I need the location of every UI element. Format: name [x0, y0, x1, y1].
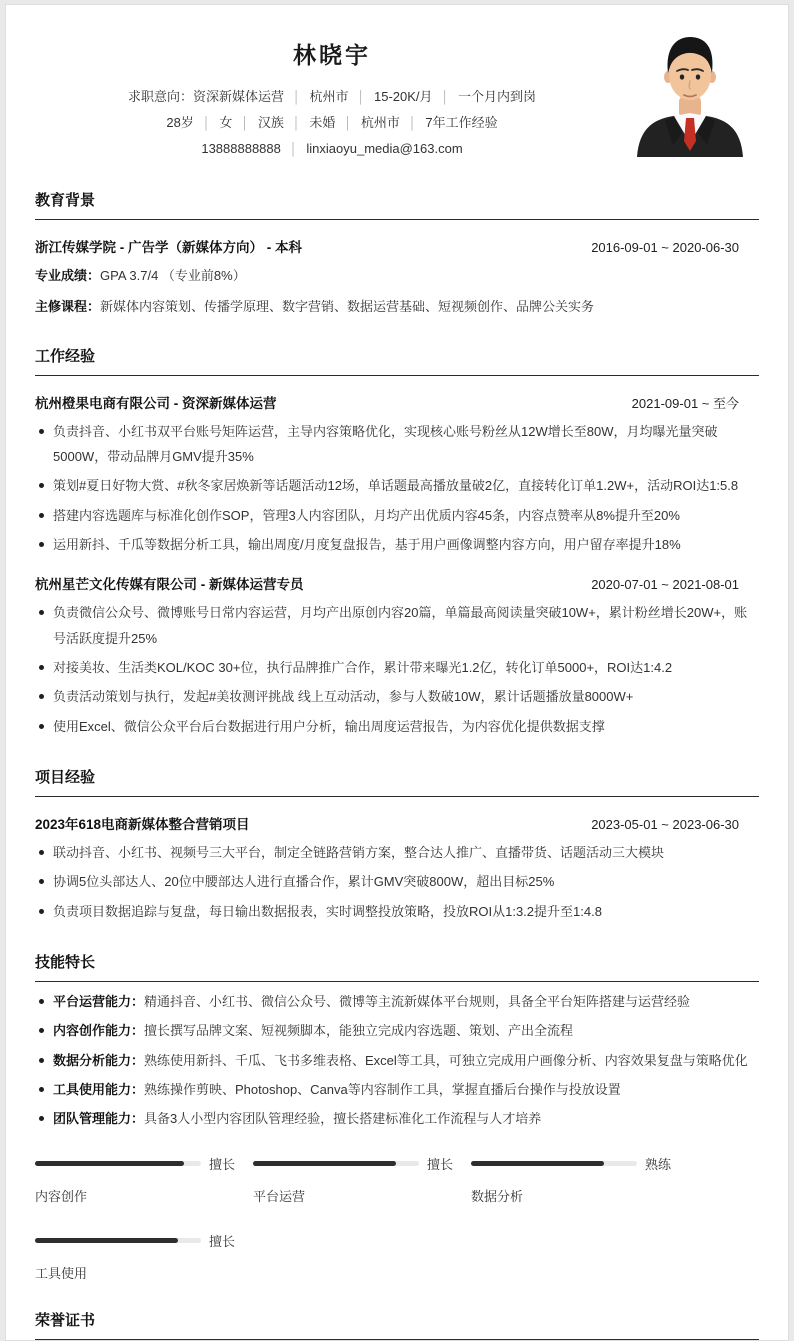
- section-honors: 荣誉证书: [35, 1309, 759, 1340]
- skill-bar-row: 擅长: [35, 1231, 253, 1250]
- bullet-item: 搭建内容选题库与标准化创作SOP，管理3人内容团队，月均产出优质内容45条，内容…: [35, 503, 759, 528]
- separator-bar: │: [293, 90, 301, 104]
- salary-expectation: 15-20K/月: [374, 89, 433, 104]
- ethnicity: 汉族: [258, 115, 284, 130]
- section-title: 工作经验: [35, 345, 759, 376]
- skill-text: 熟练使用新抖、千瓜、飞书多维表格、Excel等工具，可独立完成用户画像分析、内容…: [144, 1053, 748, 1068]
- profile-photo: [629, 29, 751, 157]
- header-text-block: 林晓宇 求职意向：资深新媒体运营│杭州市│15-20K/月│一个月内到岗 28岁…: [35, 29, 629, 162]
- skill-level-label: 熟练: [645, 1154, 671, 1173]
- skill-text: 精通抖音、小红书、微信公众号、微博等主流新媒体平台规则，具备全平台矩阵搭建与运营…: [144, 994, 690, 1009]
- work-entry-heading: 杭州星芒文化传媒有限公司 - 新媒体运营专员 2020-07-01 ~ 2021…: [35, 573, 759, 593]
- job-intention: 求职意向：资深新媒体运营: [128, 89, 284, 104]
- skill-label: 数据分析能力：: [53, 1053, 144, 1068]
- skill-label: 平台运营能力：: [53, 994, 144, 1009]
- resume-header: 林晓宇 求职意向：资深新媒体运营│杭州市│15-20K/月│一个月内到岗 28岁…: [35, 29, 759, 162]
- bullet-item: 对接美妆、生活类KOL/KOC 30+位，执行品牌推广合作，累计带来曝光1.2亿…: [35, 655, 759, 680]
- school-and-degree: 浙江传媒学院 - 广告学（新媒体方向） - 本科: [35, 236, 302, 256]
- page-background: { "header": { "name": "林晓宇", "separator"…: [0, 4, 794, 1341]
- skill-bar-fill: [35, 1161, 184, 1166]
- bullet-item: 运用新抖、千瓜等数据分析工具，输出周度/月度复盘报告，基于用户画像调整内容方向，…: [35, 532, 759, 557]
- marital-status: 未婚: [309, 115, 335, 130]
- project-entry-heading: 2023年618电商新媒体整合营销项目 2023-05-01 ~ 2023-06…: [35, 813, 759, 833]
- bullet-item: 负责项目数据追踪与复盘，每日输出数据报表，实时调整投放策略，投放ROI从1:3.…: [35, 899, 759, 924]
- skill-bar-track: [35, 1161, 201, 1166]
- work-entry: 杭州星芒文化传媒有限公司 - 新媒体运营专员 2020-07-01 ~ 2021…: [35, 573, 759, 739]
- age: 28岁: [166, 115, 193, 130]
- company-and-role: 杭州橙果电商有限公司 - 资深新媒体运营: [35, 392, 277, 412]
- section-project: 项目经验 2023年618电商新媒体整合营销项目 2023-05-01 ~ 20…: [35, 766, 759, 924]
- skill-bar-row: 擅长: [253, 1154, 471, 1173]
- work-entry-heading: 杭州橙果电商有限公司 - 资深新媒体运营 2021-09-01 ~ 至今: [35, 392, 759, 412]
- gpa-value: GPA 3.7/4 （专业前8%）: [100, 268, 246, 283]
- skill-bar-track: [471, 1161, 637, 1166]
- profile-photo-illustration: [629, 29, 751, 157]
- personal-info-line: 28岁│女│汉族│未婚│杭州市│7年工作经验: [35, 110, 629, 136]
- work-bullet-list: 负责微信公众号、微博账号日常内容运营，月均产出原创内容20篇，单篇最高阅读量突破…: [35, 600, 759, 739]
- section-education: 教育背景 浙江传媒学院 - 广告学（新媒体方向） - 本科 2016-09-01…: [35, 189, 759, 318]
- phone-number: 13888888888: [201, 141, 281, 156]
- skill-bar-fill: [471, 1161, 604, 1166]
- date-range: 2016-09-01 ~ 2020-06-30: [591, 240, 759, 255]
- separator-bar: │: [357, 90, 365, 104]
- skill-level-label: 擅长: [427, 1154, 453, 1173]
- date-range: 2021-09-01 ~ 至今: [632, 393, 759, 412]
- experience-years: 7年工作经验: [425, 115, 497, 130]
- skill-level-label: 擅长: [209, 1231, 235, 1250]
- location: 杭州市: [361, 115, 400, 130]
- skill-bar-cell: 擅长 平台运营: [253, 1154, 471, 1205]
- section-title: 教育背景: [35, 189, 759, 220]
- skill-item: 团队管理能力：具备3人小型内容团队管理经验，擅长搭建标准化工作流程与人才培养: [35, 1106, 759, 1131]
- section-work: 工作经验 杭州橙果电商有限公司 - 资深新媒体运营 2021-09-01 ~ 至…: [35, 345, 759, 739]
- skill-bar-track: [35, 1238, 201, 1243]
- skill-item: 平台运营能力：精通抖音、小红书、微信公众号、微博等主流新媒体平台规则，具备全平台…: [35, 989, 759, 1014]
- skills-bullet-list: 平台运营能力：精通抖音、小红书、微信公众号、微博等主流新媒体平台规则，具备全平台…: [35, 989, 759, 1132]
- skill-item: 数据分析能力：熟练使用新抖、千瓜、飞书多维表格、Excel等工具，可独立完成用户…: [35, 1048, 759, 1073]
- bullet-item: 策划#夏日好物大赏、#秋冬家居焕新等话题活动12场，单话题最高播放量破2亿，直接…: [35, 473, 759, 498]
- skill-level-label: 擅长: [209, 1154, 235, 1173]
- education-entry-heading: 浙江传媒学院 - 广告学（新媒体方向） - 本科 2016-09-01 ~ 20…: [35, 236, 759, 256]
- work-bullet-list: 负责抖音、小红书双平台账号矩阵运营，主导内容策略优化，实现核心账号粉丝从12W增…: [35, 419, 759, 558]
- skill-bar-fill: [253, 1161, 396, 1166]
- section-title: 项目经验: [35, 766, 759, 797]
- skill-label: 团队管理能力：: [53, 1111, 144, 1126]
- gpa-line: 专业成绩：GPA 3.7/4 （专业前8%）: [35, 266, 759, 287]
- skill-text: 熟练操作剪映、Photoshop、Canva等内容制作工具，掌握直播后台操作与投…: [144, 1082, 621, 1097]
- separator-bar: │: [409, 116, 417, 130]
- skill-bars-grid: 擅长 内容创作 擅长 平台运营 熟练 数据分析: [35, 1154, 759, 1282]
- skill-name: 工具使用: [35, 1263, 253, 1282]
- resume-page: 林晓宇 求职意向：资深新媒体运营│杭州市│15-20K/月│一个月内到岗 28岁…: [5, 4, 789, 1341]
- separator-bar: │: [203, 116, 211, 130]
- skill-bar-row: 擅长: [35, 1154, 253, 1173]
- separator-bar: │: [344, 116, 352, 130]
- work-entry: 杭州橙果电商有限公司 - 资深新媒体运营 2021-09-01 ~ 至今 负责抖…: [35, 392, 759, 558]
- skill-name: 数据分析: [471, 1186, 689, 1205]
- skill-label: 内容创作能力：: [53, 1023, 144, 1038]
- skill-label: 工具使用能力：: [53, 1082, 144, 1097]
- skill-text: 擅长撰写品牌文案、短视频脚本，能独立完成内容选题、策划、产出全流程: [144, 1023, 573, 1038]
- skill-bar-track: [253, 1161, 419, 1166]
- candidate-name: 林晓宇: [35, 37, 629, 70]
- skill-bar-fill: [35, 1238, 178, 1243]
- courses-line: 主修课程：新媒体内容策划、传播学原理、数字营销、数据运营基础、短视频创作、品牌公…: [35, 297, 759, 318]
- date-range: 2023-05-01 ~ 2023-06-30: [591, 817, 759, 832]
- separator-bar: │: [241, 116, 249, 130]
- section-skills: 技能特长 平台运营能力：精通抖音、小红书、微信公众号、微博等主流新媒体平台规则，…: [35, 951, 759, 1282]
- email-address: linxiaoyu_media@163.com: [306, 141, 462, 156]
- bullet-item: 负责抖音、小红书双平台账号矩阵运营，主导内容策略优化，实现核心账号粉丝从12W增…: [35, 419, 759, 470]
- gpa-label: 专业成绩：: [35, 268, 100, 283]
- company-and-role: 杭州星芒文化传媒有限公司 - 新媒体运营专员: [35, 573, 304, 593]
- gender: 女: [219, 115, 232, 130]
- separator-bar: │: [290, 142, 298, 156]
- courses-label: 主修课程：: [35, 299, 100, 314]
- contact-line: 13888888888│linxiaoyu_media@163.com: [35, 136, 629, 162]
- skill-text: 具备3人小型内容团队管理经验，擅长搭建标准化工作流程与人才培养: [144, 1111, 541, 1126]
- courses-value: 新媒体内容策划、传播学原理、数字营销、数据运营基础、短视频创作、品牌公关实务: [100, 299, 594, 314]
- section-title: 技能特长: [35, 951, 759, 982]
- availability: 一个月内到岗: [458, 89, 536, 104]
- bullet-item: 联动抖音、小红书、视频号三大平台，制定全链路营销方案，整合达人推广、直播带货、话…: [35, 840, 759, 865]
- bullet-item: 协调5位头部达人、20位中腰部达人进行直播合作，累计GMV突破800W，超出目标…: [35, 869, 759, 894]
- skill-bar-cell: 擅长 内容创作: [35, 1154, 253, 1205]
- skill-item: 工具使用能力：熟练操作剪映、Photoshop、Canva等内容制作工具，掌握直…: [35, 1077, 759, 1102]
- skill-bar-cell: 熟练 数据分析: [471, 1154, 689, 1205]
- skill-bar-row: 熟练: [471, 1154, 689, 1173]
- bullet-item: 使用Excel、微信公众平台后台数据进行用户分析，输出周度运营报告，为内容优化提…: [35, 714, 759, 739]
- separator-bar: │: [442, 90, 450, 104]
- project-name: 2023年618电商新媒体整合营销项目: [35, 813, 250, 833]
- date-range: 2020-07-01 ~ 2021-08-01: [591, 577, 759, 592]
- project-bullet-list: 联动抖音、小红书、视频号三大平台，制定全链路营销方案，整合达人推广、直播带货、话…: [35, 840, 759, 924]
- separator-bar: │: [293, 116, 301, 130]
- skill-name: 平台运营: [253, 1186, 471, 1205]
- city: 杭州市: [309, 89, 348, 104]
- section-title: 荣誉证书: [35, 1309, 759, 1340]
- skill-name: 内容创作: [35, 1186, 253, 1205]
- bullet-item: 负责活动策划与执行，发起#美妆测评挑战 线上互动活动，参与人数破10W，累计话题…: [35, 684, 759, 709]
- bullet-item: 负责微信公众号、微博账号日常内容运营，月均产出原创内容20篇，单篇最高阅读量突破…: [35, 600, 759, 651]
- skill-bar-cell: 擅长 工具使用: [35, 1231, 253, 1282]
- skill-item: 内容创作能力：擅长撰写品牌文案、短视频脚本，能独立完成内容选题、策划、产出全流程: [35, 1018, 759, 1043]
- job-intention-line: 求职意向：资深新媒体运营│杭州市│15-20K/月│一个月内到岗: [35, 84, 629, 110]
